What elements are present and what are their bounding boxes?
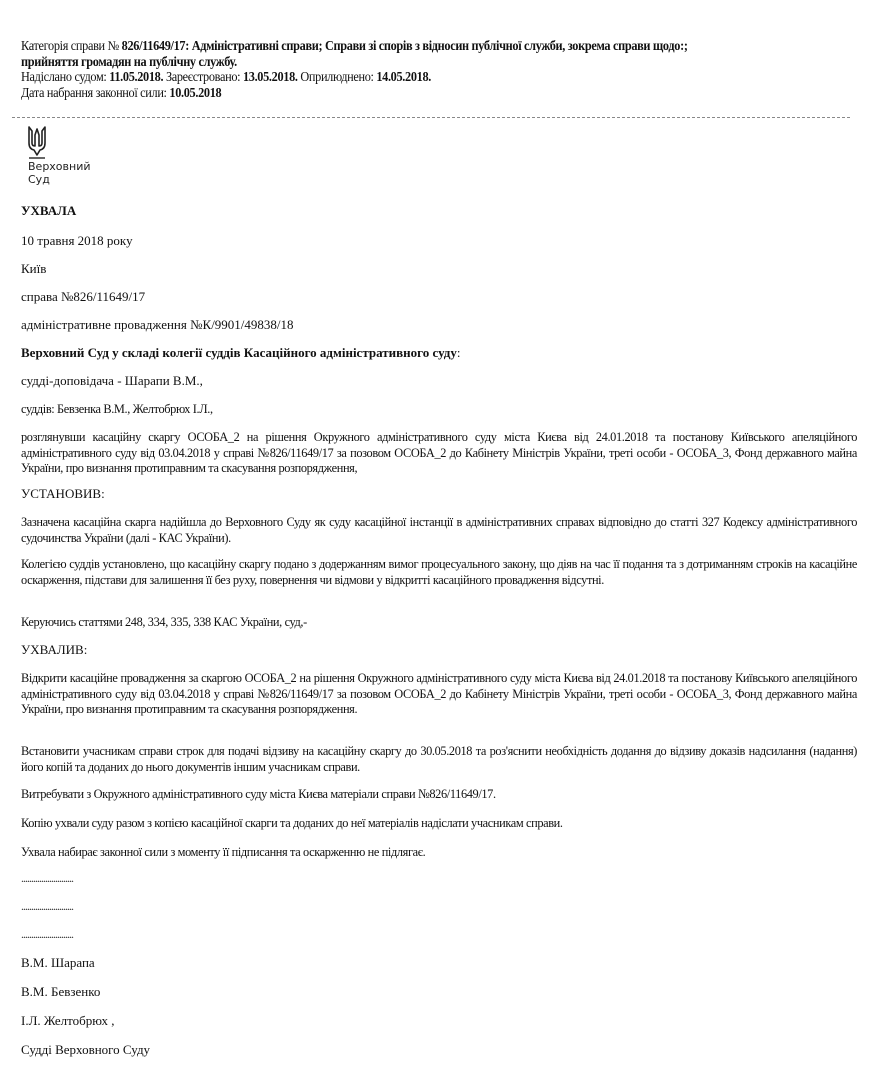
signatories-title: Судді Верховного Суду — [21, 1042, 857, 1058]
signatory-2: В.М. Бевзенко — [21, 984, 857, 1000]
signature-line-1: .......................... — [21, 871, 73, 886]
panel-judges: суддів: Бевзенка В.М., Желтобрюх І.Л., — [21, 401, 857, 417]
supreme-court-logo-text: Верховний Суд — [28, 160, 91, 186]
court-composition: Верховний Суд у складі колегії суддів Ка… — [21, 345, 857, 361]
case-category-value: 826/11649/17: Адміністративні справи; Сп… — [122, 38, 688, 53]
case-number: справа №826/11649/17 — [21, 289, 857, 305]
decided-paragraph-1: Відкрити касаційне провадження за скарго… — [21, 670, 857, 717]
established-heading: УСТАНОВИВ: — [21, 486, 857, 502]
decided-paragraph-2: Встановити учасникам справи строк для по… — [21, 743, 857, 774]
case-category-line-2: прийняття громадян на публічну службу. — [21, 54, 802, 70]
decided-paragraph-4: Копію ухвали суду разом з копією касацій… — [21, 815, 857, 831]
decided-paragraph-5: Ухвала набирає законної сили з моменту ї… — [21, 844, 857, 860]
case-category-line: Категорія справи № 826/11649/17: Адмініс… — [21, 38, 802, 54]
published-date: 14.05.2018. — [376, 69, 431, 84]
document-title: УХВАЛА — [21, 203, 857, 219]
signature-line-2: .......................... — [21, 899, 73, 914]
document-metadata-header: Категорія справи № 826/11649/17: Адмініс… — [21, 38, 802, 100]
registered-date: 13.05.2018. — [243, 69, 298, 84]
signatory-3: І.Л. Желтобрюх , — [21, 1013, 857, 1029]
sent-date: 11.05.2018. — [109, 69, 163, 84]
established-paragraph-1: Зазначена касаційна скарга надійшла до В… — [21, 514, 857, 545]
considered-paragraph: розглянувши касаційну скаргу ОСОБА_2 на … — [21, 429, 857, 476]
effective-date: 10.05.2018 — [169, 85, 221, 100]
decision-date: 10 травня 2018 року — [21, 233, 857, 249]
decision-city: Київ — [21, 261, 857, 277]
established-paragraph-2: Колегією суддів установлено, що касаційн… — [21, 556, 857, 587]
trident-icon — [26, 125, 48, 164]
header-divider — [12, 117, 850, 118]
rapporteur-judge: судді-доповідача - Шарапи В.М., — [21, 373, 857, 389]
effective-date-line: Дата набрання законної сили: 10.05.2018 — [21, 85, 802, 101]
signatory-1: В.М. Шарапа — [21, 955, 857, 971]
dates-line: Надіслано судом: 11.05.2018. Зареєстрова… — [21, 69, 802, 85]
decided-paragraph-3: Витребувати з Окружного адміністративног… — [21, 786, 857, 802]
proceeding-number: адміністративне провадження №К/9901/4983… — [21, 317, 857, 333]
guided-by-paragraph: Керуючись статтями 248, 334, 335, 338 КА… — [21, 614, 857, 630]
signature-line-3: .......................... — [21, 927, 73, 942]
decided-heading: УХВАЛИВ: — [21, 642, 857, 658]
